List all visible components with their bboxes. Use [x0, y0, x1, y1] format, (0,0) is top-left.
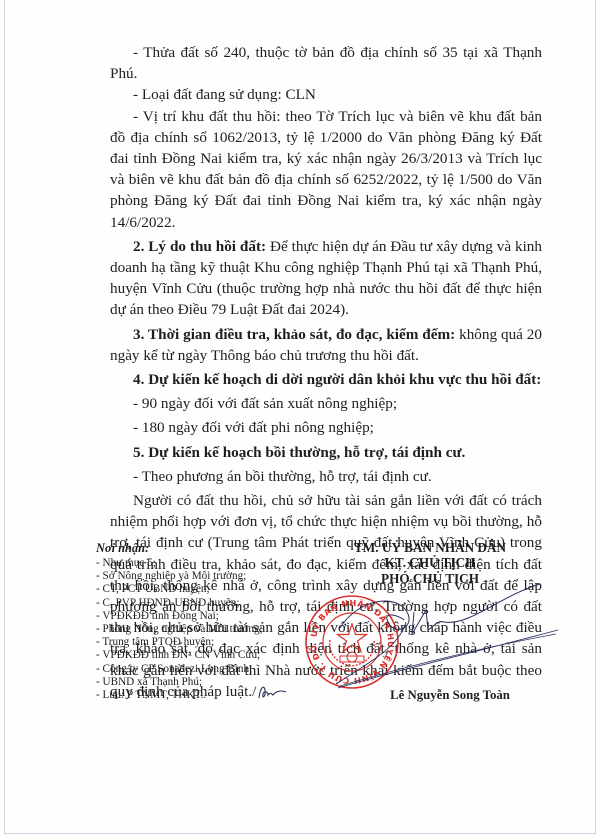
- signer-name: Lê Nguyễn Song Toàn: [360, 688, 540, 703]
- location-line: - Vị trí khu đất thu hồi: theo Tờ Trích …: [110, 106, 542, 233]
- list-item: - 180 ngày đối với đất phi nông nghiệp;: [110, 417, 542, 438]
- recipient-item: - CT, PCT UBND huyện;: [96, 583, 326, 596]
- recipient-item: - Phòng Nông nghiệp và Môi trường;: [96, 623, 326, 636]
- recipient-item: - UBND xã Thạnh Phú;: [96, 676, 326, 689]
- parcel-line: - Thửa đất số 240, thuộc tờ bản đồ địa c…: [110, 42, 542, 84]
- section-compensation-heading: 5. Dự kiến kế hoạch bồi thường, hỗ trợ, …: [110, 442, 542, 463]
- land-type-line: - Loại đất đang sử dụng: CLN: [110, 84, 542, 105]
- recipient-item: - Công ty CP Sonadezi Long Bình;: [96, 663, 326, 676]
- recipient-item: - C, PVP HĐND-UBND huyện;: [96, 597, 326, 610]
- recipients-block: Nơi nhận: - Như mục 5; - Sở Nông nghiệp …: [96, 541, 326, 702]
- recipient-item: - Sở Nông nghiệp và Môi trường;: [96, 570, 326, 583]
- signatory-line-2: KT. CHỦ TỊCH: [330, 555, 530, 570]
- section-reason: 2. Lý do thu hồi đất: Để thực hiện dự án…: [110, 236, 542, 321]
- signatory-line-1: TM. UỶ BAN NHÂN DÂN: [330, 540, 530, 555]
- recipient-item: - Như mục 5;: [96, 557, 326, 570]
- section-relocation-heading: 4. Dự kiến kế hoạch di dời người dân khỏ…: [110, 369, 542, 390]
- section-heading: 4. Dự kiến kế hoạch di dời người dân khỏ…: [133, 371, 541, 388]
- section-heading: 5. Dự kiến kế hoạch bồi thường, hỗ trợ, …: [133, 444, 465, 461]
- recipient-item: - VPĐKĐĐ tỉnh Đồng Nai;: [96, 610, 326, 623]
- recipient-item: - Lưu: P TNMT, THKT..: [96, 689, 326, 702]
- handwritten-signature-icon: [330, 576, 560, 706]
- list-item: - 90 ngày đối với đất sản xuất nông nghi…: [110, 393, 542, 414]
- section-survey-time: 3. Thời gian điều tra, khảo sát, đo đạc,…: [110, 324, 542, 366]
- section-heading: 2. Lý do thu hồi đất:: [133, 238, 266, 255]
- list-item: - Theo phương án bồi thường, hỗ trợ, tái…: [110, 466, 542, 487]
- section-heading: 3. Thời gian điều tra, khảo sát, đo đạc,…: [133, 326, 455, 343]
- recipients-title: Nơi nhận:: [96, 541, 326, 556]
- recipient-item: - Trung tâm PTQĐ huyện;: [96, 636, 326, 649]
- recipient-item: - VPĐKĐĐ tỉnh ĐN- CN Vĩnh Cửu;: [96, 649, 326, 662]
